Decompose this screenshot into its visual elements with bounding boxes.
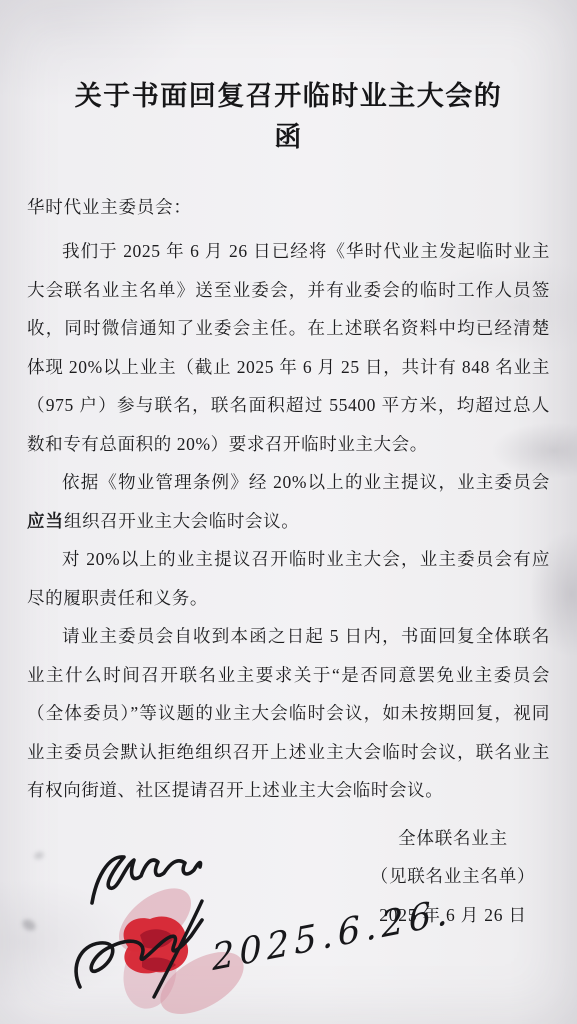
paragraph-2-pre: 依据《物业管理条例》经 20%以上的业主提议，业主委员会 [62,472,550,492]
paragraph-1: 我们于 2025 年 6 月 26 日已经将《华时代业主发起临时业主大会联名业主… [27,232,550,463]
document-title: 关于书面回复召开临时业主大会的 函 [27,76,550,158]
signatory-name: 全体联名业主 [360,819,546,858]
paragraph-2-post: 组织召开业主大会临时会议。 [64,511,299,531]
title-line-2: 函 [274,122,303,152]
title-line-1: 关于书面回复召开临时业主大会的 [75,81,503,111]
salutation: 华时代业主委员会： [27,188,550,226]
document-content: 关于书面回复召开临时业主大会的 函 华时代业主委员会： 我们于 2025 年 6… [0,0,577,934]
paragraph-2-emphasis: 应当 [27,511,64,531]
paragraph-4: 请业主委员会自收到本函之日起 5 日内，书面回复全体联名业主什么时间召开联名业主… [27,617,550,810]
signatory-note: （见联名业主名单） [360,857,546,896]
paragraph-3: 对 20%以上的业主提议召开临时业主大会，业主委员会有应尽的履职责任和义务。 [27,540,550,617]
paragraph-2: 依据《物业管理条例》经 20%以上的业主提议，业主委员会应当组织召开业主大会临时… [27,463,550,540]
document-page: 关于书面回复召开临时业主大会的 函 华时代业主委员会： 我们于 2025 年 6… [0,0,577,1024]
